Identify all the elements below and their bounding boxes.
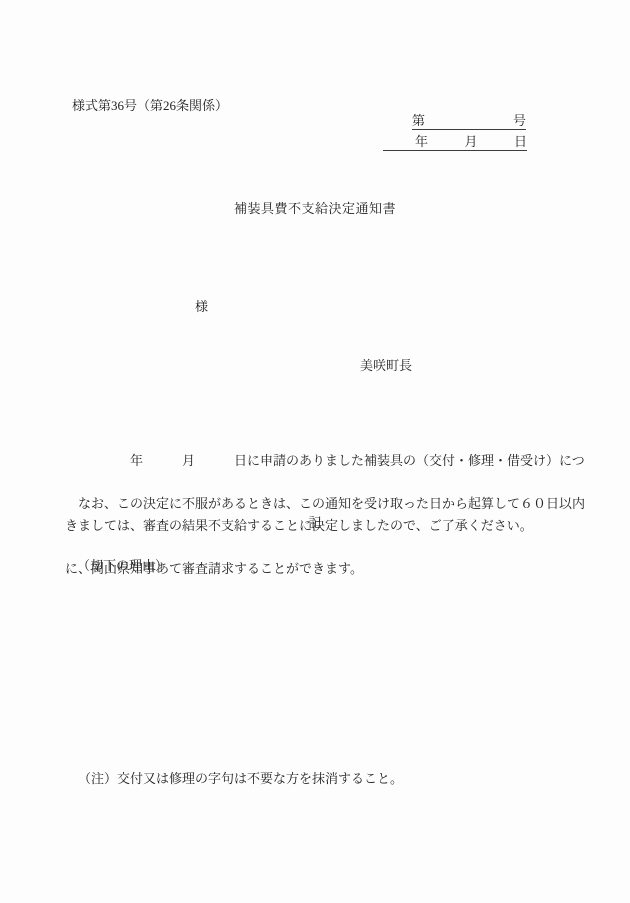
rejection-reason-label: （却下の理由） bbox=[77, 557, 168, 574]
doc-number-field: 第 号 bbox=[412, 112, 526, 130]
date-day-label: 日 bbox=[514, 133, 527, 150]
date-year-label: 年 bbox=[415, 133, 428, 150]
form-number: 様式第36号（第26条関係） bbox=[72, 97, 228, 114]
footnote: （注）交付又は修理の字句は不要な方を抹消すること。 bbox=[78, 770, 403, 787]
document-title: 補装具費不支給決定通知書 bbox=[0, 200, 630, 217]
date-field: 年 月 日 bbox=[383, 133, 527, 151]
date-month-label: 月 bbox=[464, 133, 477, 150]
document-page: 様式第36号（第26条関係） 第 号 年 月 日 補装具費不支給決定通知書 様 … bbox=[0, 0, 630, 903]
record-marker: 記 bbox=[0, 514, 630, 531]
body-line: なお、この決定に不服があるときは、この通知を受け取った日から起算して６０日以内 bbox=[65, 493, 585, 515]
body-paragraph-2: なお、この決定に不服があるときは、この通知を受け取った日から起算して６０日以内 … bbox=[65, 450, 585, 622]
addressee-honorific: 様 bbox=[195, 298, 208, 315]
doc-number-prefix: 第 bbox=[412, 112, 425, 129]
sender-name: 美咲町長 bbox=[360, 357, 412, 374]
doc-number-suffix: 号 bbox=[513, 112, 526, 129]
